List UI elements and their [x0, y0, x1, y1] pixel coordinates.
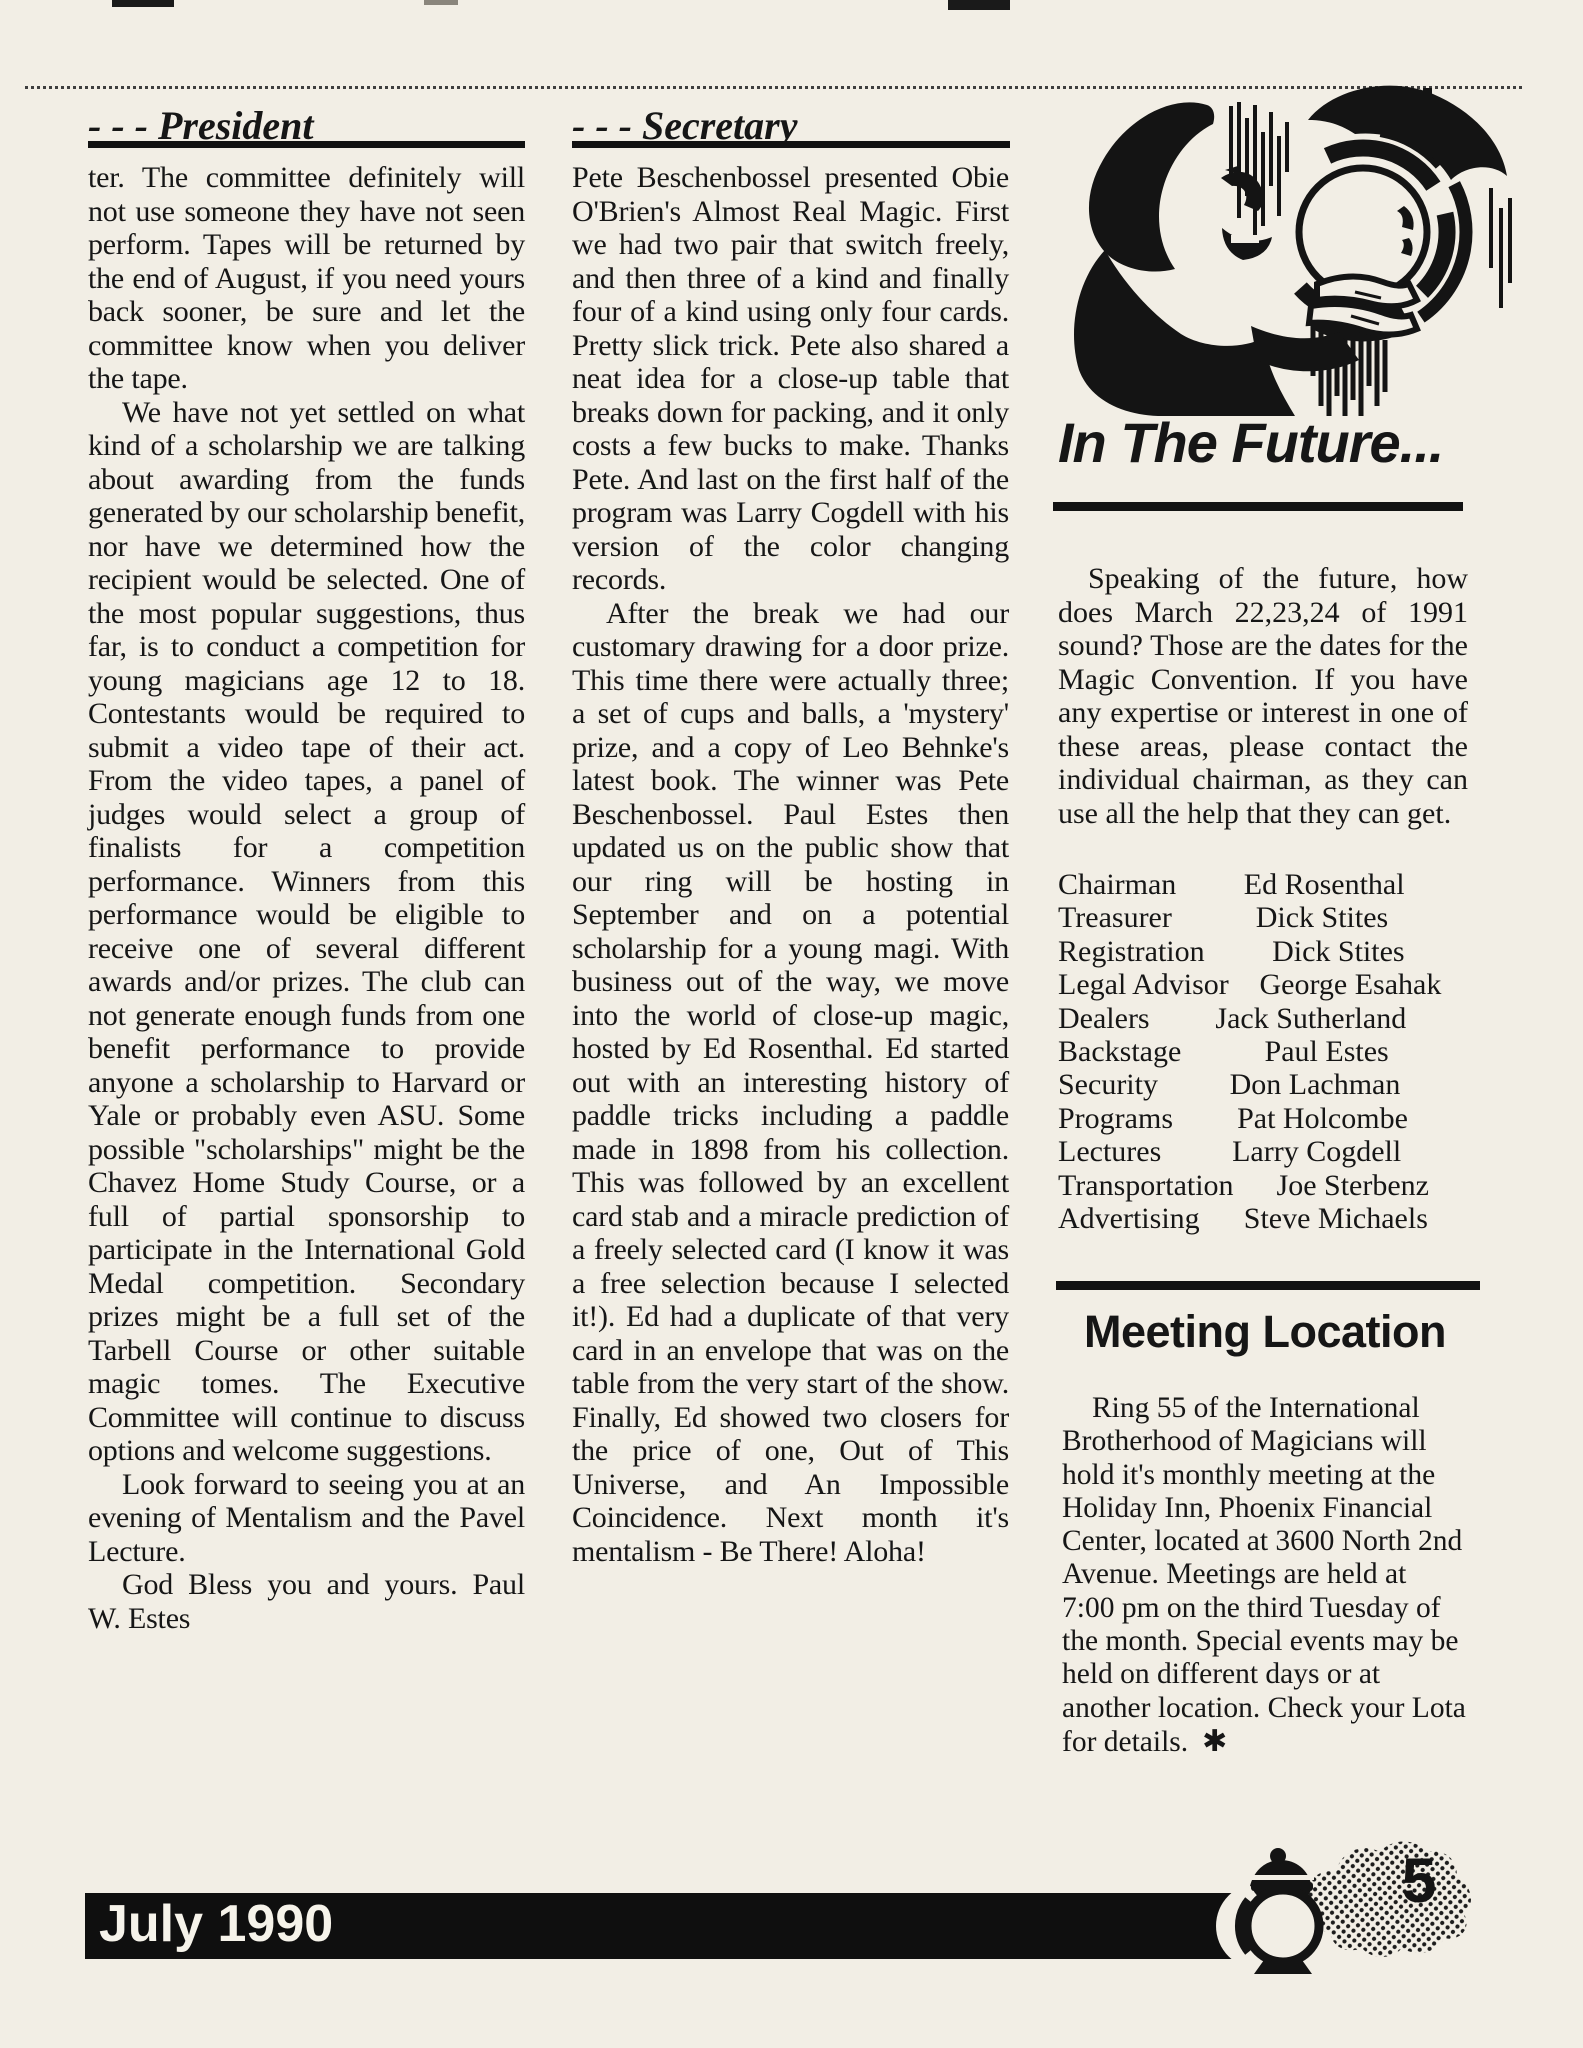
- committee-name: George Esahak: [1229, 968, 1472, 1001]
- committee-name: Don Lachman: [1158, 1068, 1472, 1101]
- wizard-teeth: [1231, 235, 1259, 243]
- committee-row: LecturesLarry Cogdell: [1058, 1135, 1472, 1168]
- meeting-location-paragraph: Ring 55 of the International Brotherhood…: [1062, 1392, 1466, 1759]
- wizard-crystal-ball-illustration: [1055, 78, 1520, 418]
- scan-artifact: [424, 0, 458, 5]
- committee-name: Pat Holcombe: [1173, 1102, 1472, 1135]
- future-section-rule: [1053, 502, 1463, 511]
- committee-name: Dick Stites: [1172, 901, 1472, 934]
- wizard-smile: [1222, 228, 1272, 260]
- future-section-title: In The Future...: [1058, 410, 1470, 475]
- meeting-location-body: Ring 55 of the International Brotherhood…: [1062, 1392, 1466, 1759]
- committee-role: Treasurer: [1058, 901, 1172, 934]
- committee-row: TreasurerDick Stites: [1058, 901, 1472, 934]
- committee-role: Registration: [1058, 935, 1205, 968]
- president-signature: God Bless you and yours. Paul W. Estes: [88, 1568, 525, 1635]
- future-intro: Speaking of the future, how does March 2…: [1058, 562, 1468, 830]
- committee-row: ProgramsPat Holcombe: [1058, 1102, 1472, 1135]
- committee-row: BackstagePaul Estes: [1058, 1035, 1472, 1068]
- issue-label: July 1990: [99, 1893, 333, 1959]
- committee-name: Paul Estes: [1181, 1035, 1472, 1068]
- future-intro-paragraph: Speaking of the future, how does March 2…: [1058, 562, 1468, 830]
- president-paragraph: We have not yet settled on what kind of …: [88, 396, 525, 1468]
- committee-role: Dealers: [1058, 1002, 1150, 1035]
- committee-role: Advertising: [1058, 1202, 1200, 1235]
- president-header-rule: [88, 141, 525, 148]
- committee-row: Legal AdvisorGeorge Esahak: [1058, 968, 1472, 1001]
- committee-list: ChairmanEd Rosenthal TreasurerDick Stite…: [1058, 868, 1472, 1235]
- footer-lamp-graphic: [1150, 1820, 1500, 2010]
- committee-name: Steve Michaels: [1200, 1202, 1472, 1235]
- sparkle-dot: [1423, 88, 1432, 100]
- meeting-section-rule: [1056, 1281, 1480, 1290]
- committee-row: SecurityDon Lachman: [1058, 1068, 1472, 1101]
- committee-role: Security: [1058, 1068, 1158, 1101]
- committee-row: RegistrationDick Stites: [1058, 935, 1472, 968]
- secretary-paragraph: After the break we had our customary dra…: [572, 597, 1009, 1569]
- meeting-location-text: Ring 55 of the International Brotherhood…: [1062, 1392, 1466, 1758]
- wizard-hands: [1309, 276, 1417, 334]
- committee-name: Ed Rosenthal: [1176, 868, 1472, 901]
- committee-role: Chairman: [1058, 868, 1176, 901]
- committee-row: TransportationJoe Sterbenz: [1058, 1169, 1472, 1202]
- president-column: ter. The committee definitely will not u…: [88, 161, 525, 1635]
- committee-role: Programs: [1058, 1102, 1173, 1135]
- star-mark: ✱: [1188, 1725, 1227, 1758]
- committee-row: DealersJack Sutherland: [1058, 1002, 1472, 1035]
- wizard-hood: [1089, 102, 1214, 271]
- committee-row: ChairmanEd Rosenthal: [1058, 868, 1472, 901]
- scan-artifact: [112, 0, 174, 7]
- committee-role: Legal Advisor: [1058, 968, 1229, 1001]
- committee-row: AdvertisingSteve Michaels: [1058, 1202, 1472, 1235]
- president-paragraph: ter. The committee definitely will not u…: [88, 161, 525, 396]
- committee-role: Backstage: [1058, 1035, 1181, 1068]
- newsletter-page: - - - President ter. The committee defin…: [0, 0, 1583, 2048]
- secretary-column: Pete Beschenbossel presented Obie O'Brie…: [572, 161, 1009, 1568]
- meeting-location-title: Meeting Location: [1058, 1306, 1472, 1358]
- committee-role: Lectures: [1058, 1135, 1161, 1168]
- secretary-header-rule: [572, 141, 1010, 148]
- committee-name: Joe Sterbenz: [1234, 1169, 1472, 1202]
- committee-name: Jack Sutherland: [1150, 1002, 1472, 1035]
- page-number: 5: [1386, 1850, 1452, 1913]
- committee-name: Larry Cogdell: [1161, 1135, 1472, 1168]
- scan-artifact: [948, 0, 1010, 10]
- committee-name: Dick Stites: [1205, 935, 1472, 968]
- president-paragraph: Look forward to seeing you at an evening…: [88, 1468, 525, 1569]
- secretary-paragraph: Pete Beschenbossel presented Obie O'Brie…: [572, 161, 1009, 597]
- committee-role: Transportation: [1058, 1169, 1234, 1202]
